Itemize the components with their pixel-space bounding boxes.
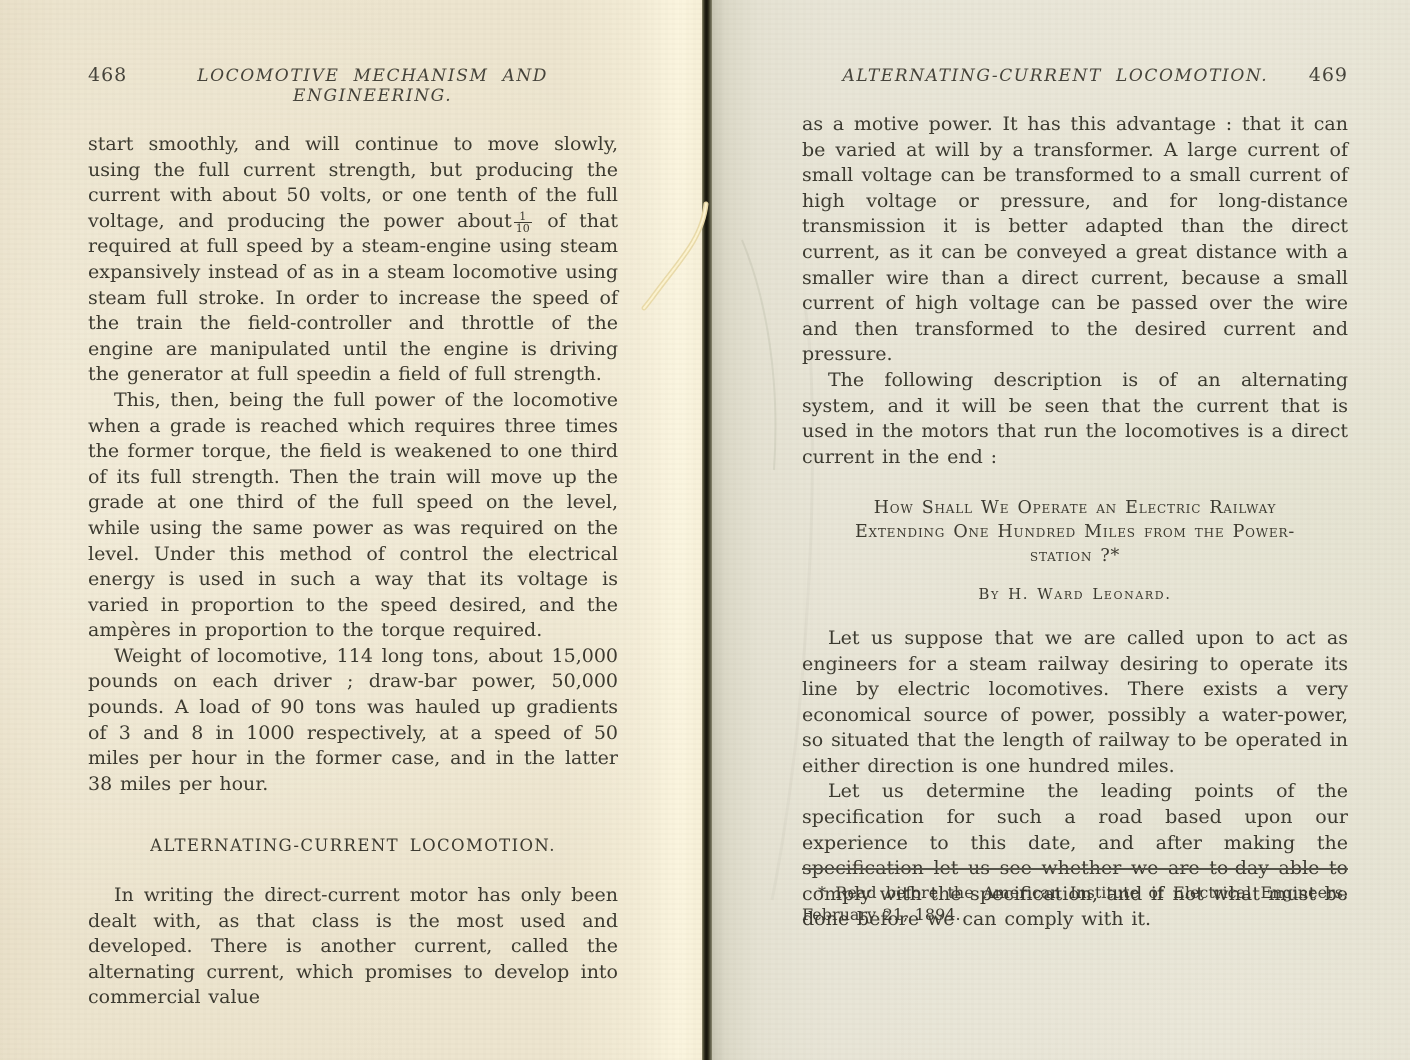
left-body-text: start smoothly, and will continue to mov…	[88, 132, 618, 1011]
right-running-title: ALTERNATING-CURRENT LOCOMOTION.	[802, 66, 1309, 86]
body-paragraph: start smoothly, and will continue to mov…	[88, 132, 618, 388]
left-page-number: 468	[88, 64, 127, 86]
fraction-one-tenth: 110	[514, 211, 532, 234]
left-page-text-column: 468 LOCOMOTIVE MECHANISM AND ENGINEERING…	[88, 64, 618, 1011]
body-paragraph: The following description is of an alter…	[802, 368, 1348, 470]
book-gutter	[702, 0, 712, 1060]
left-running-head: 468 LOCOMOTIVE MECHANISM AND ENGINEERING…	[88, 64, 618, 106]
article-title: How Shall We Operate an Electric Railway…	[838, 496, 1312, 568]
body-paragraph: Weight of locomotive, 114 long tons, abo…	[88, 644, 618, 798]
footnote-rule	[802, 868, 1348, 870]
paragraph-text: start smoothly, and will continue to mov…	[88, 133, 618, 232]
body-paragraph: This, then, being the full power of the …	[88, 388, 618, 644]
article-byline: By H. Ward Leonard.	[802, 582, 1348, 608]
section-heading: ALTERNATING-CURRENT LOCOMOTION.	[88, 833, 618, 859]
left-running-title: LOCOMOTIVE MECHANISM AND ENGINEERING.	[127, 66, 618, 106]
body-paragraph: Let us suppose that we are called upon t…	[802, 626, 1348, 780]
fraction-numerator: 1	[514, 211, 532, 222]
footnote-block: * Read before the American Institute of …	[802, 868, 1348, 926]
paragraph-text: of that required at full speed by a stea…	[88, 210, 618, 386]
body-paragraph: as a motive power. It has this advantage…	[802, 112, 1348, 368]
right-page-text-column: ALTERNATING-CURRENT LOCOMOTION. 469 as a…	[802, 64, 1348, 933]
fraction-denominator: 10	[514, 222, 532, 234]
right-page-number: 469	[1309, 64, 1348, 86]
body-paragraph: In writing the direct-current motor has …	[88, 883, 618, 1011]
right-body-text: as a motive power. It has this advantage…	[802, 112, 1348, 933]
book-scan: { "book": { "left_page": { "page_number"…	[0, 0, 1410, 1060]
right-running-head: ALTERNATING-CURRENT LOCOMOTION. 469	[802, 64, 1348, 86]
footnote-text: * Read before the American Institute of …	[802, 882, 1348, 926]
